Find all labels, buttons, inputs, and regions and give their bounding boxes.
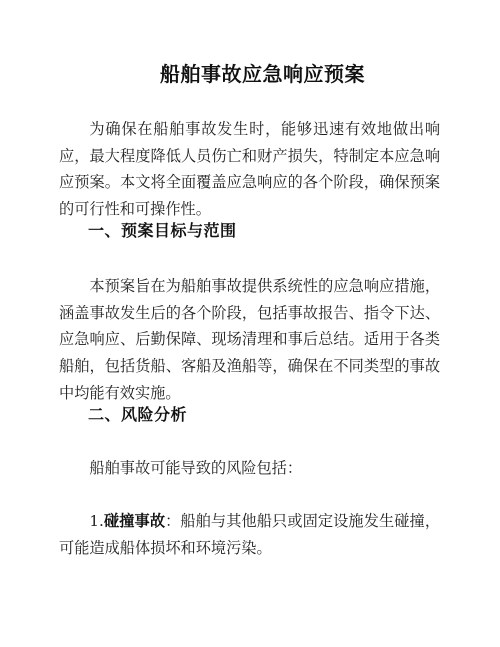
intro-paragraph: 为确保在船舶事故发生时，能够迅速有效地做出响应，最大程度降低人员伤亡和财产损失，…: [59, 116, 440, 223]
risk-item-number: 1.: [89, 512, 104, 530]
goals-scope-paragraph: 本预案旨在为船舶事故提供系统性的应急响应措施，涵盖事故发生后的各个阶段，包括事故…: [59, 273, 440, 407]
section-heading-risk-analysis: 二、风险分析: [88, 404, 187, 426]
document-page: 船舶事故应急响应预案 为确保在船舶事故发生时，能够迅速有效地做出响应，最大程度降…: [0, 0, 500, 647]
risk-item-collision: 1.碰撞事故：船舶与其他船只或固定设施发生碰撞，可能造成船体损坏和环境污染。: [59, 508, 440, 561]
section-heading-goals-scope: 一、预案目标与范围: [88, 220, 237, 242]
risk-item-label: 碰撞事故: [104, 512, 165, 530]
risk-intro-paragraph: 船舶事故可能导致的风险包括：: [59, 455, 440, 482]
risk-item-separator: ：: [165, 512, 180, 530]
document-title: 船舶事故应急响应预案: [0, 61, 500, 87]
